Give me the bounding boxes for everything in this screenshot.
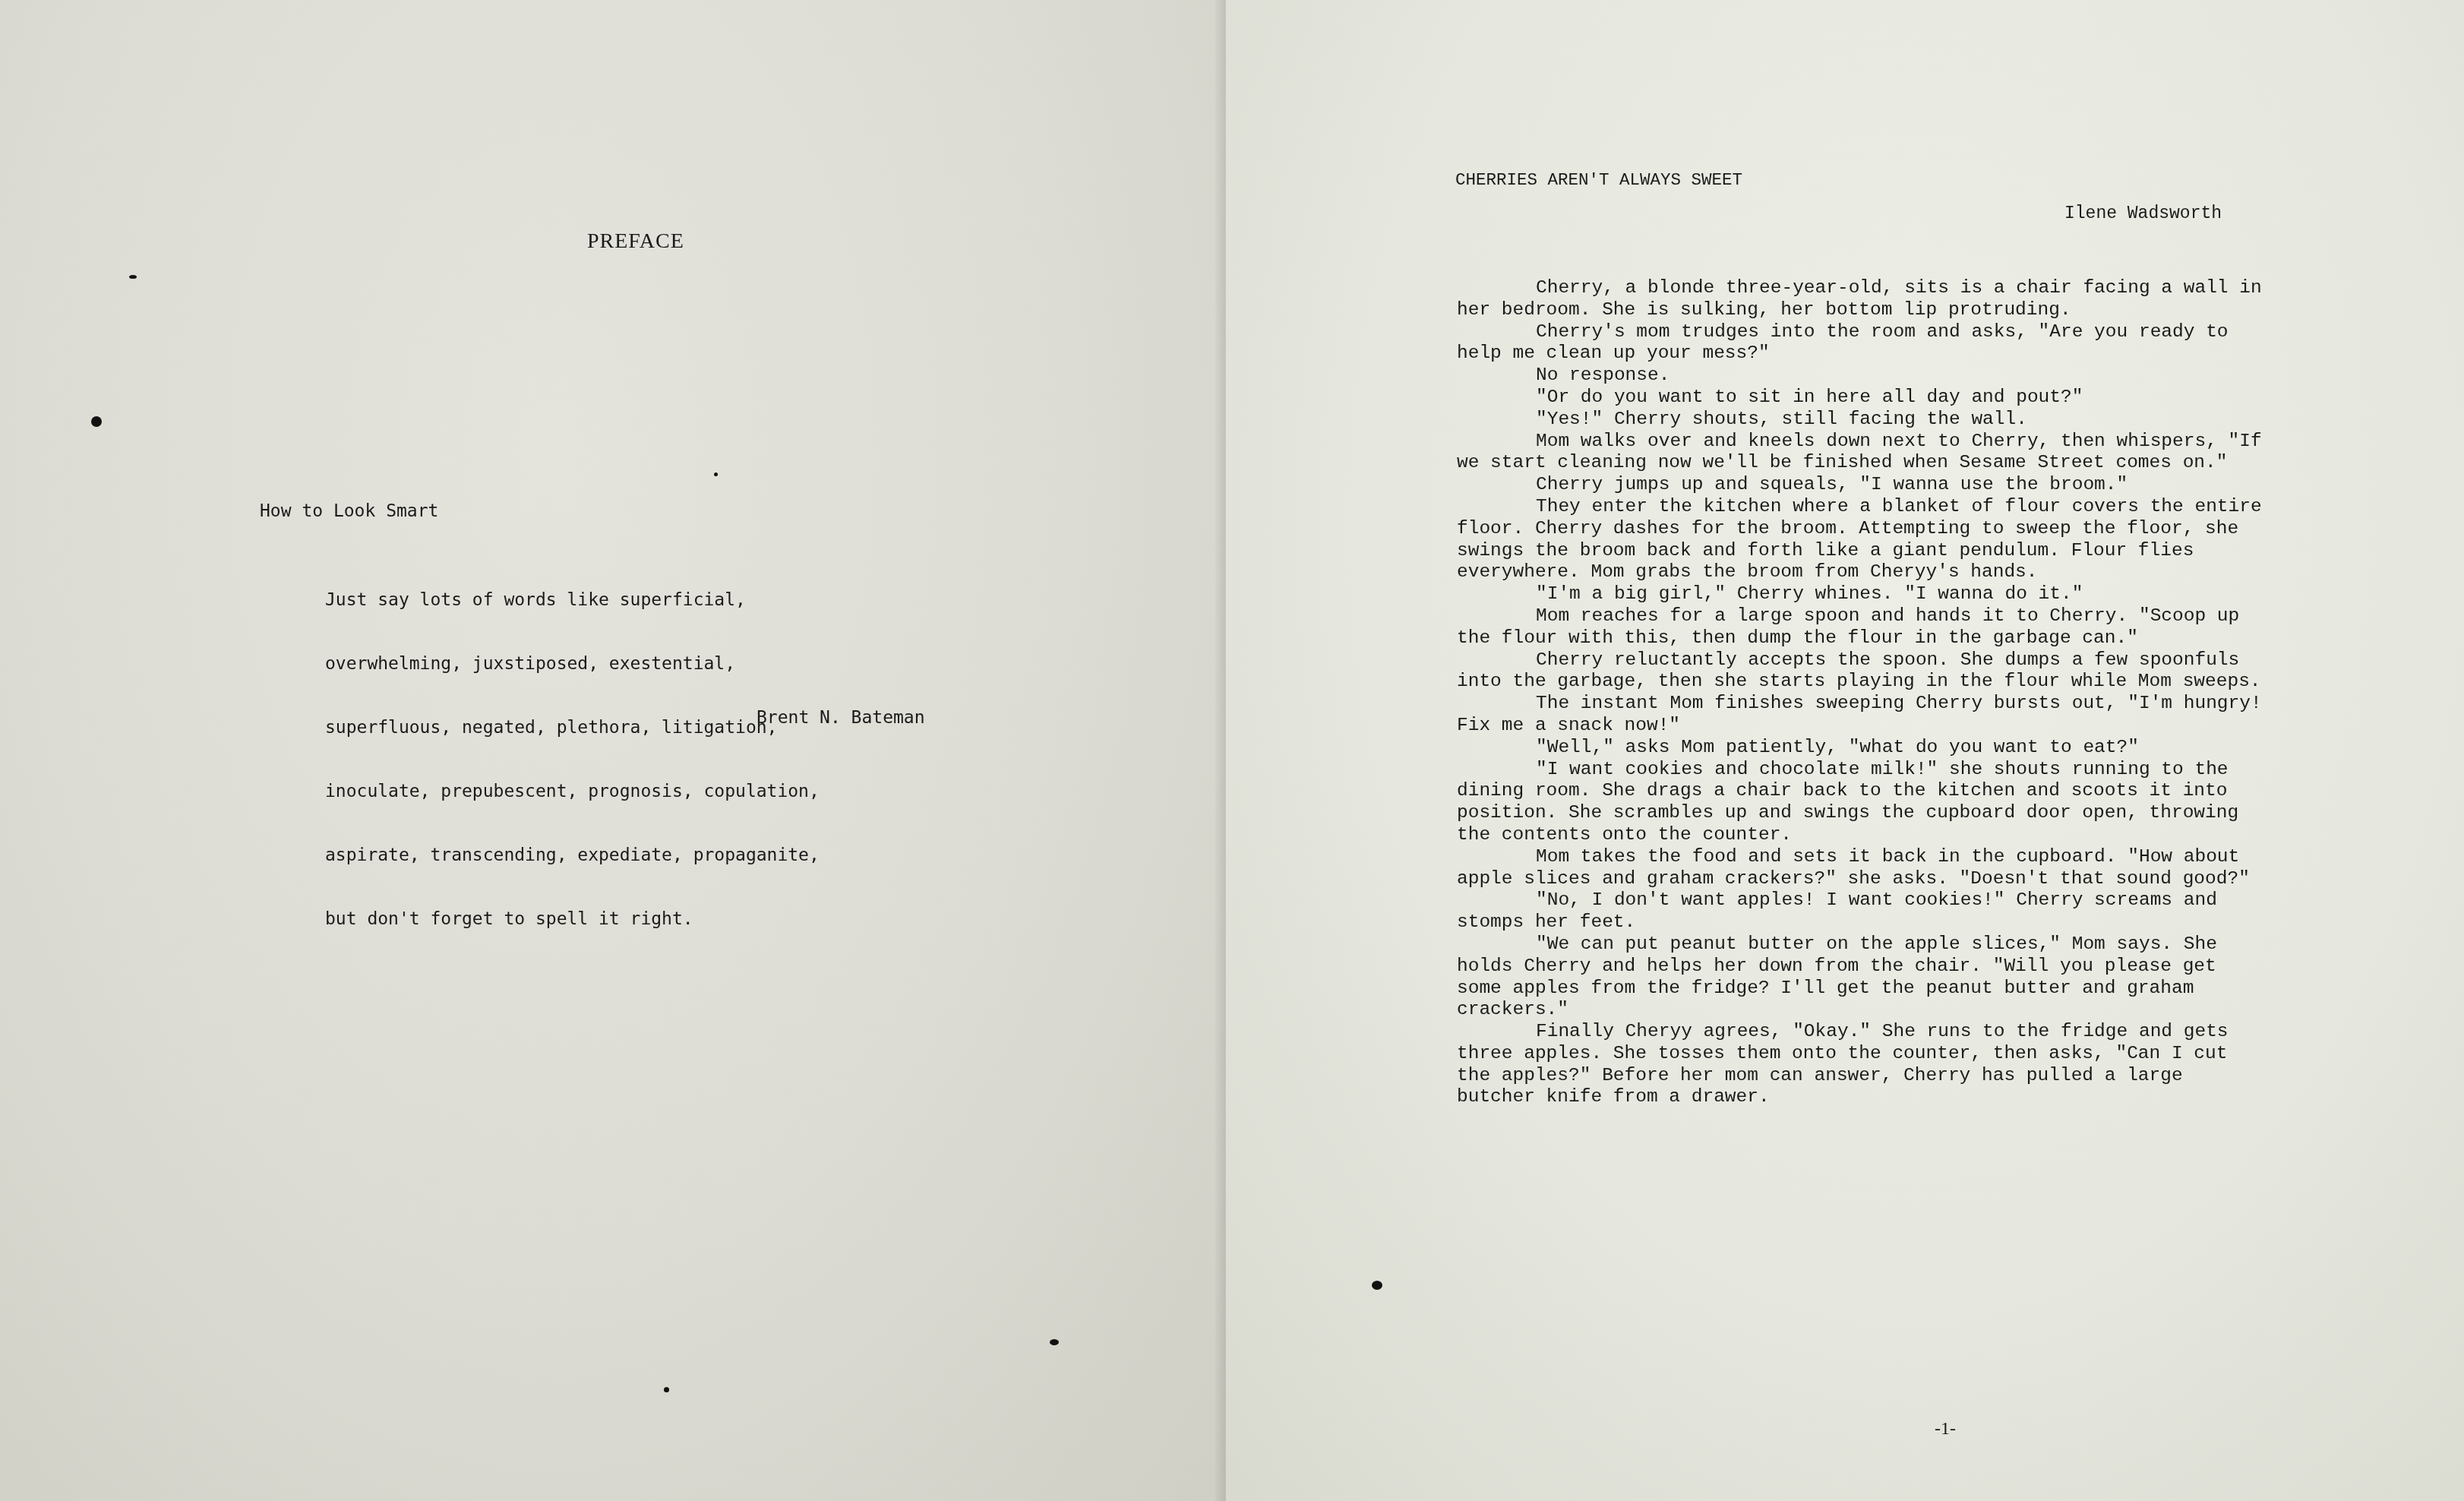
- story-paragraph: Cherry reluctantly accepts the spoon. Sh…: [1457, 650, 2262, 694]
- story-paragraph: "No, I don't want apples! I want cookies…: [1457, 890, 2262, 934]
- poem-body: Just say lots of words like superficial,…: [325, 547, 820, 972]
- story-paragraph: Cherry jumps up and squeals, "I wanna us…: [1457, 475, 2262, 497]
- story-paragraph: Mom walks over and kneels down next to C…: [1457, 431, 2262, 476]
- poem-line: Just say lots of words like superficial,: [325, 589, 820, 611]
- book-spread: PREFACE How to Look Smart Just say lots …: [0, 0, 2464, 1501]
- story-paragraph: They enter the kitchen where a blanket o…: [1457, 497, 2262, 584]
- story-paragraph: Cherry's mom trudges into the room and a…: [1457, 322, 2262, 366]
- page-number: -1-: [1935, 1419, 1956, 1439]
- story-paragraph: No response.: [1457, 365, 2262, 387]
- poem-line: but don't forget to spell it right.: [325, 908, 820, 930]
- ink-speck: [664, 1387, 669, 1392]
- story-body: Cherry, a blonde three-year-old, sits is…: [1457, 278, 2262, 1109]
- story-title: CHERRIES AREN'T ALWAYS SWEET: [1455, 170, 1742, 190]
- ink-speck: [129, 275, 137, 279]
- story-paragraph: Mom takes the food and sets it back in t…: [1457, 847, 2262, 891]
- ink-speck: [1050, 1339, 1059, 1345]
- ink-speck: [1372, 1281, 1382, 1290]
- story-paragraph: The instant Mom finishes sweeping Cherry…: [1457, 694, 2262, 738]
- poem-author: Brent N. Bateman: [757, 708, 925, 728]
- poem-line: overwhelming, juxstiposed, exestential,: [325, 653, 820, 675]
- story-author: Ilene Wadsworth: [2064, 204, 2222, 223]
- story-paragraph: "Yes!" Cherry shouts, still facing the w…: [1457, 409, 2262, 431]
- story-paragraph: "Or do you want to sit in here all day a…: [1457, 387, 2262, 409]
- story-paragraph: "We can put peanut butter on the apple s…: [1457, 934, 2262, 1022]
- poem-line: inoculate, prepubescent, prognosis, copu…: [325, 781, 820, 802]
- poem-line: aspirate, transcending, expediate, propa…: [325, 845, 820, 866]
- story-paragraph: "Well," asks Mom patiently, "what do you…: [1457, 738, 2262, 760]
- left-page: PREFACE How to Look Smart Just say lots …: [0, 0, 1226, 1501]
- story-paragraph: "I'm a big girl," Cherry whines. "I wann…: [1457, 584, 2262, 606]
- poem-line: superfluous, negated, plethora, litigati…: [325, 717, 820, 738]
- story-paragraph: "I want cookies and chocolate milk!" she…: [1457, 760, 2262, 847]
- story-paragraph: Cherry, a blonde three-year-old, sits is…: [1457, 278, 2262, 322]
- preface-heading: PREFACE: [587, 229, 684, 254]
- story-paragraph: Mom reaches for a large spoon and hands …: [1457, 606, 2262, 650]
- story-paragraph: Finally Cheryy agrees, "Okay." She runs …: [1457, 1022, 2262, 1109]
- ink-speck: [91, 416, 102, 427]
- ink-speck: [714, 472, 718, 476]
- poem-title: How to Look Smart: [260, 501, 438, 521]
